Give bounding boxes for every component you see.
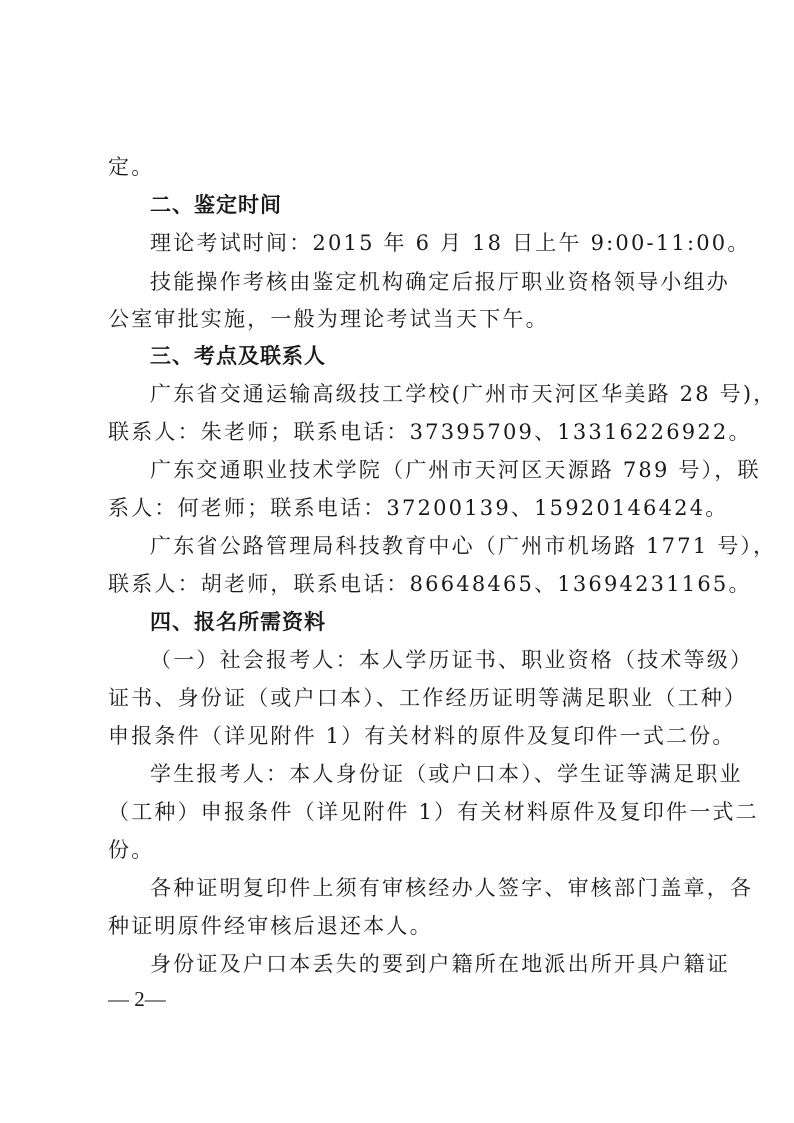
section-heading: 四、报名所需资料 [150,609,702,635]
document-page: 定。二、鉴定时间理论考试时间：2015 年 6 月 18 日上午 9:00-11… [0,0,794,1123]
text-line: 广东省交通运输高级技工学校(广州市天河区华美路 28 号)， [150,381,702,407]
text-line: 申报条件（详见附件 1）有关材料的原件及复印件一式二份。 [108,723,702,749]
text-line: 各种证明复印件上须有审核经办人签字、审核部门盖章，各 [150,875,702,901]
text-line: （工种）申报条件（详见附件 1）有关材料原件及复印件一式二 [108,799,702,825]
text-line: 身份证及户口本丢失的要到户籍所在地派出所开具户籍证 [150,951,702,977]
text-line: 种证明原件经审核后退还本人。 [108,913,702,939]
text-line: 广东省公路管理局科技教育中心（广州市机场路 1771 号）， [150,533,702,559]
text-line: 系人：何老师；联系电话：37200139、15920146424。 [108,495,702,521]
text-line: 广东交通职业技术学院（广州市天河区天源路 789 号），联 [150,457,702,483]
text-line: 联系人：胡老师，联系电话：86648465、13694231165。 [108,571,702,597]
section-heading: 二、鉴定时间 [150,192,702,218]
page-number: — 2— [108,986,166,1012]
text-line: 证书、身份证（或户口本）、工作经历证明等满足职业（工种） [108,685,702,711]
section-heading: 三、考点及联系人 [150,343,702,369]
text-line: 份。 [108,837,702,863]
text-line: 定。 [108,154,702,180]
text-line: 理论考试时间：2015 年 6 月 18 日上午 9:00-11:00。 [150,230,702,256]
text-line: 学生报考人：本人身份证（或户口本）、学生证等满足职业 [150,761,702,787]
text-line: 联系人：朱老师；联系电话：37395709、13316226922。 [108,419,702,445]
text-line: 公室审批实施，一般为理论考试当天下午。 [108,306,702,332]
text-line: （一）社会报考人：本人学历证书、职业资格（技术等级） [150,647,702,673]
text-line: 技能操作考核由鉴定机构确定后报厅职业资格领导小组办 [150,269,702,295]
